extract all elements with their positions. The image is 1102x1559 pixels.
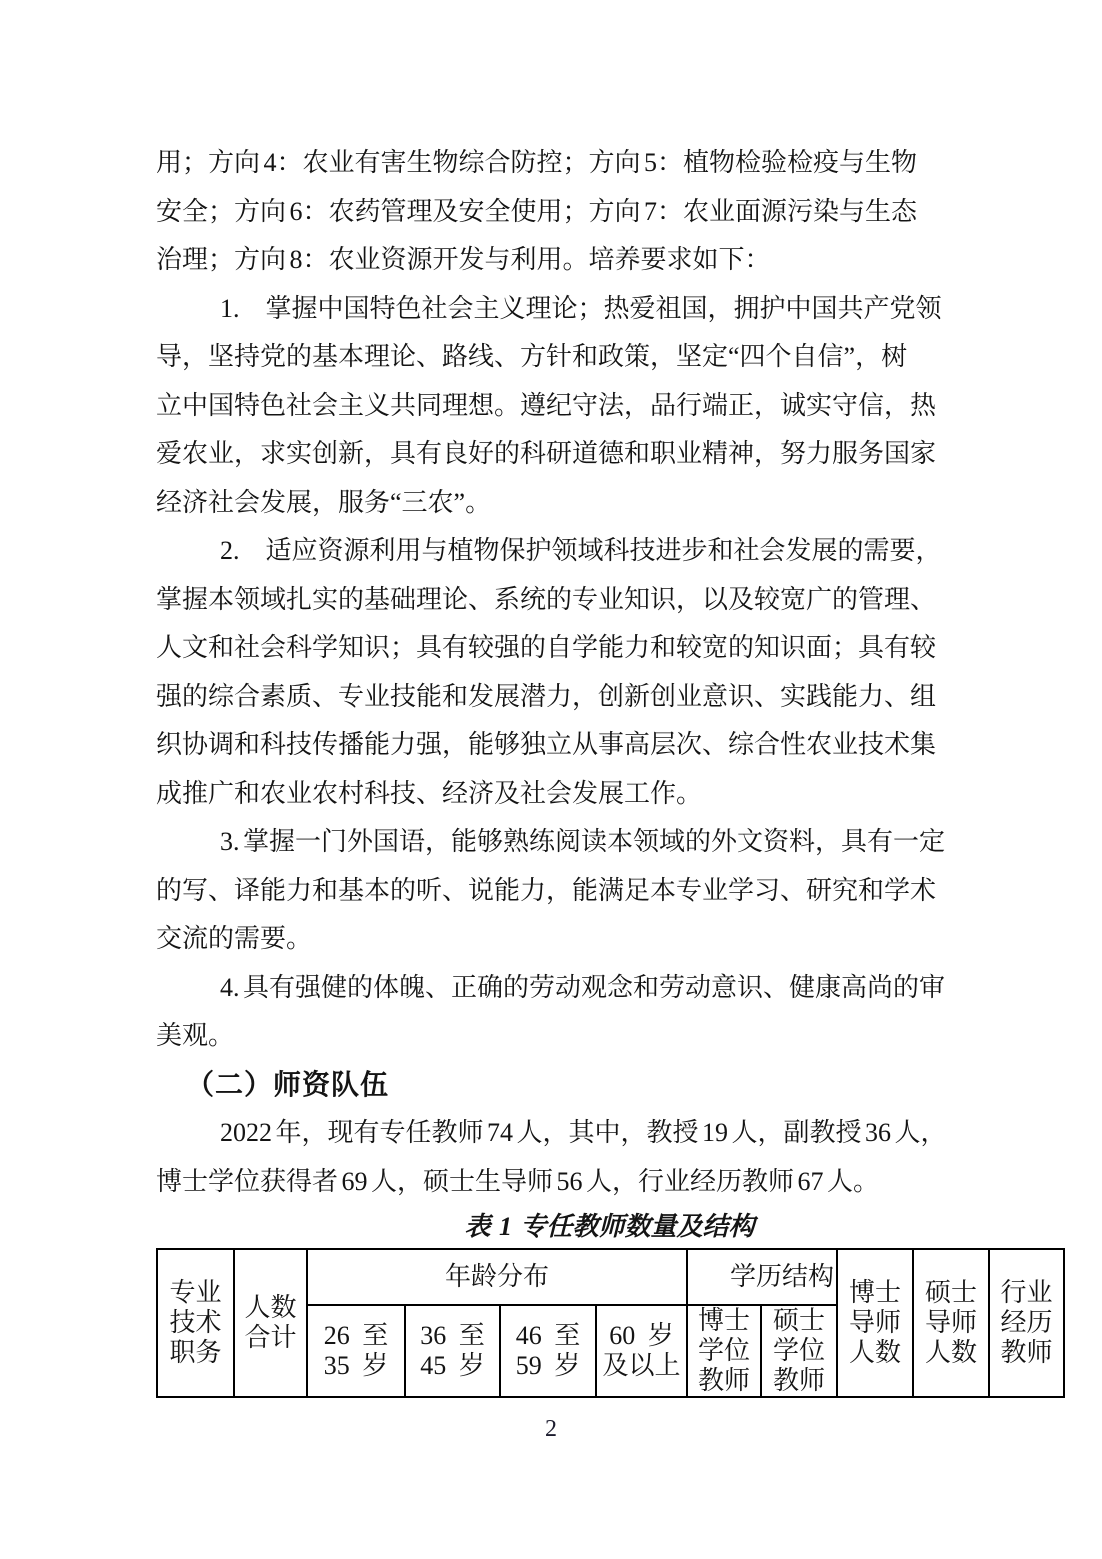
header-age-46-59: 46 至 59 岁 bbox=[500, 1305, 596, 1397]
header-job-title: 专业 技术 职务 bbox=[157, 1249, 234, 1397]
header-age-60-plus: 60 岁 及以上 bbox=[596, 1305, 687, 1397]
paragraph-faculty-stats: 2022 年，现有专任教师 74 人，其中，教授 19 人，副教授 36 人， … bbox=[156, 1109, 956, 1206]
paragraph-requirement-1: 1. 掌握中国特色社会主义理论；热爱祖国，拥护中国共产党领 导，坚持党的基本理论… bbox=[156, 285, 956, 528]
header-industry-experience-teachers: 行业 经历 教师 bbox=[989, 1249, 1064, 1397]
page-content: 用；方向 4：农业有害生物综合防控；方向 5：植物检验检疫与生物 安全；方向 6… bbox=[156, 139, 956, 1398]
paragraph-requirement-2: 2. 适应资源利用与植物保护领域科技进步和社会发展的需要， 掌握本领域扎实的基础… bbox=[156, 527, 956, 818]
header-age-26-35: 26 至 35 岁 bbox=[307, 1305, 405, 1397]
header-total-count: 人数 合计 bbox=[234, 1249, 307, 1397]
document-page: 用；方向 4：农业有害生物综合防控；方向 5：植物检验检疫与生物 安全；方向 6… bbox=[0, 0, 1102, 1559]
paragraph-directions-continued: 用；方向 4：农业有害生物综合防控；方向 5：植物检验检疫与生物 安全；方向 6… bbox=[156, 139, 956, 285]
paragraph-requirement-3: 3. 掌握一门外国语，能够熟练阅读本领域的外文资料，具有一定 的写、译能力和基本… bbox=[156, 818, 956, 964]
faculty-structure-table: 专业 技术 职务 人数 合计 年龄分布 学历结构 博士 导师 人数 硕士 导师 … bbox=[156, 1248, 1065, 1398]
page-number: 2 bbox=[0, 1416, 1102, 1443]
header-master-supervisors: 硕士 导师 人数 bbox=[913, 1249, 989, 1397]
header-education-structure: 学历结构 bbox=[687, 1249, 837, 1305]
paragraph-requirement-4: 4. 具有强健的体魄、正确的劳动观念和劳动意识、健康高尚的审 美观。 bbox=[156, 964, 956, 1061]
header-doctor-degree-teachers: 博士 学位 教师 bbox=[687, 1305, 761, 1397]
section-heading-faculty: （二）师资队伍 bbox=[156, 1061, 956, 1110]
header-master-degree-teachers: 硕士 学位 教师 bbox=[761, 1305, 837, 1397]
header-age-distribution: 年龄分布 bbox=[307, 1249, 687, 1305]
header-age-36-45: 36 至 45 岁 bbox=[405, 1305, 500, 1397]
header-doctor-supervisors: 博士 导师 人数 bbox=[837, 1249, 913, 1397]
table-caption: 表 1 专任教师数量及结构 bbox=[156, 1206, 1063, 1248]
